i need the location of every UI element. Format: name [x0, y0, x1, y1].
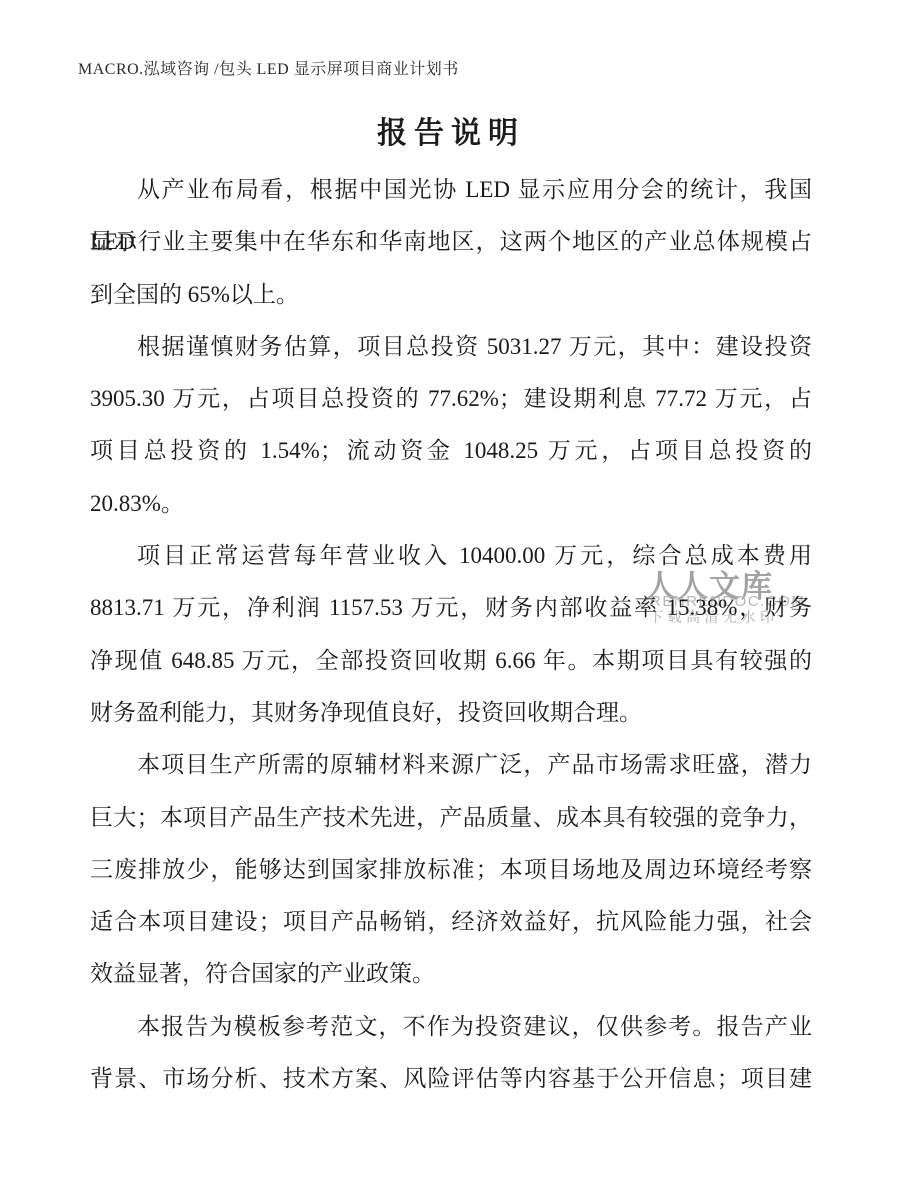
- doc-line: 到全国的 65%以上。: [90, 269, 812, 321]
- doc-line: 效益显著，符合国家的产业政策。: [90, 948, 812, 1000]
- doc-line: 巨大；本项目产品生产技术先进，产品质量、成本具有较强的竞争力，: [90, 792, 812, 844]
- document-header: MACRO.泓域咨询 /包头 LED 显示屏项目商业计划书: [78, 56, 459, 79]
- paragraph: 本报告为模板参考范文，不作为投资建议，仅供参考。报告产业 背景、市场分析、技术方…: [90, 1001, 812, 1106]
- doc-line: 20.83%。: [90, 478, 812, 530]
- doc-line: 适合本项目建设；项目产品畅销，经济效益好，抗风险能力强，社会: [90, 896, 812, 948]
- doc-line: 从产业布局看，根据中国光协 LED 显示应用分会的统计，我国 LED: [90, 164, 812, 216]
- doc-line: 本报告为模板参考范文，不作为投资建议，仅供参考。报告产业: [90, 1001, 812, 1053]
- doc-line: 3905.30 万元，占项目总投资的 77.62%；建设期利息 77.72 万元…: [90, 373, 812, 425]
- doc-line: 本项目生产所需的原辅材料来源广泛，产品市场需求旺盛，潜力: [90, 739, 812, 791]
- doc-line: 显示行业主要集中在华东和华南地区，这两个地区的产业总体规模占: [90, 216, 812, 268]
- paragraph: 项目正常运营每年营业收入 10400.00 万元，综合总成本费用 8813.71…: [90, 530, 812, 739]
- doc-line: 三废排放少，能够达到国家排放标准；本项目场地及周边环境经考察: [90, 844, 812, 896]
- doc-line: 背景、市场分析、技术方案、风险评估等内容基于公开信息；项目建: [90, 1053, 812, 1105]
- paragraph: 本项目生产所需的原辅材料来源广泛，产品市场需求旺盛，潜力 巨大；本项目产品生产技…: [90, 739, 812, 1000]
- doc-line: 净现值 648.85 万元，全部投资回收期 6.66 年。本期项目具有较强的: [90, 635, 812, 687]
- doc-line: 项目总投资的 1.54%；流动资金 1048.25 万元，占项目总投资的: [90, 425, 812, 477]
- paragraph: 根据谨慎财务估算，项目总投资 5031.27 万元，其中：建设投资 3905.3…: [90, 321, 812, 530]
- doc-line: 根据谨慎财务估算，项目总投资 5031.27 万元，其中：建设投资: [90, 321, 812, 373]
- doc-line: 财务盈利能力，其财务净现值良好，投资回收期合理。: [90, 687, 812, 739]
- document-body: 报告说明 从产业布局看，根据中国光协 LED 显示应用分会的统计，我国 LED …: [90, 108, 812, 1105]
- doc-line: 项目正常运营每年营业收入 10400.00 万元，综合总成本费用: [90, 530, 812, 582]
- doc-line: 8813.71 万元，净利润 1157.53 万元，财务内部收益率 15.38%…: [90, 582, 812, 634]
- paragraph: 从产业布局看，根据中国光协 LED 显示应用分会的统计，我国 LED 显示行业主…: [90, 164, 812, 321]
- page-title: 报告说明: [90, 108, 812, 164]
